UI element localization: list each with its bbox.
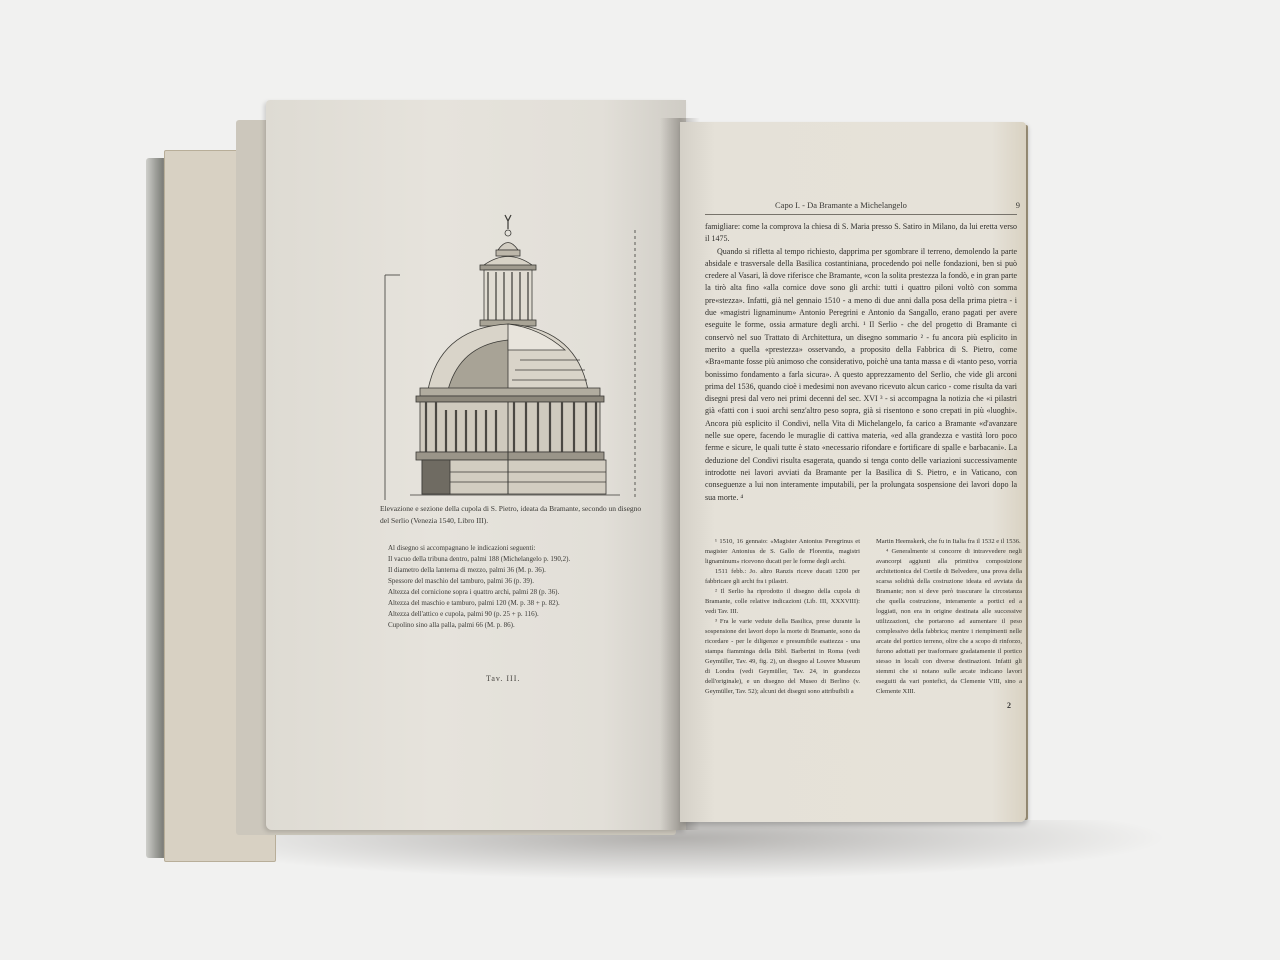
note-item: Il vacuo della tribuna dentro, palmi 188… bbox=[388, 554, 678, 565]
caption-line-1: Elevazione e sezione della cupola di S. … bbox=[380, 503, 670, 515]
plate-label: Tav. III. bbox=[486, 674, 520, 683]
footnotes-right-column: Martin Heemskerk, che fu in Italia fra i… bbox=[876, 537, 1022, 697]
note-item: Cupolino sino alla palla, palmi 66 (M. p… bbox=[388, 620, 678, 631]
footnote: 1511 febb.: Jo. altro Ranzis riceve duca… bbox=[705, 567, 860, 587]
note-item: Altezza del cornicione sopra i quattro a… bbox=[388, 587, 678, 598]
notes-intro: Al disegno si accompagnano le indicazion… bbox=[388, 543, 678, 554]
caption-line-2: del Serlio (Venezia 1540, Libro III). bbox=[380, 515, 670, 527]
signature-mark: 2 bbox=[1007, 701, 1011, 710]
page-number: 9 bbox=[1016, 200, 1020, 210]
figure-notes: Al disegno si accompagnano le indicazion… bbox=[388, 543, 678, 631]
note-item: Il diametro della lanterna di mezzo, pal… bbox=[388, 565, 678, 576]
footnote: ³ Fra le varie vedute della Basilica, pr… bbox=[705, 617, 860, 697]
footnote: Martin Heemskerk, che fu in Italia fra i… bbox=[876, 537, 1022, 547]
note-item: Altezza del maschio e tamburo, palmi 120… bbox=[388, 598, 678, 609]
paragraph: famigliare: come la comprova la chiesa d… bbox=[705, 221, 1017, 246]
footnote: ⁴ Generalmente si concorre di intravvede… bbox=[876, 547, 1022, 697]
footnote: ² Il Serlio ha riprodotto il disegno del… bbox=[705, 587, 860, 617]
note-item: Altezza dell'attico e cupola, palmi 90 (… bbox=[388, 609, 678, 620]
footnote: ¹ 1510, 16 gennaio: «Magister Antonius P… bbox=[705, 537, 860, 567]
running-head-title: Capo I. - Da Bramante a Michelangelo bbox=[775, 200, 907, 210]
dome-illustration bbox=[380, 210, 650, 500]
figure-caption: Elevazione e sezione della cupola di S. … bbox=[380, 503, 670, 527]
body-text: famigliare: come la comprova la chiesa d… bbox=[705, 221, 1017, 504]
paragraph: Quando si rifletta al tempo richiesto, d… bbox=[705, 246, 1017, 504]
note-item: Spessore del maschio del tamburo, palmi … bbox=[388, 576, 678, 587]
header-rule bbox=[705, 214, 1017, 215]
footnotes-left-column: ¹ 1510, 16 gennaio: «Magister Antonius P… bbox=[705, 537, 860, 697]
